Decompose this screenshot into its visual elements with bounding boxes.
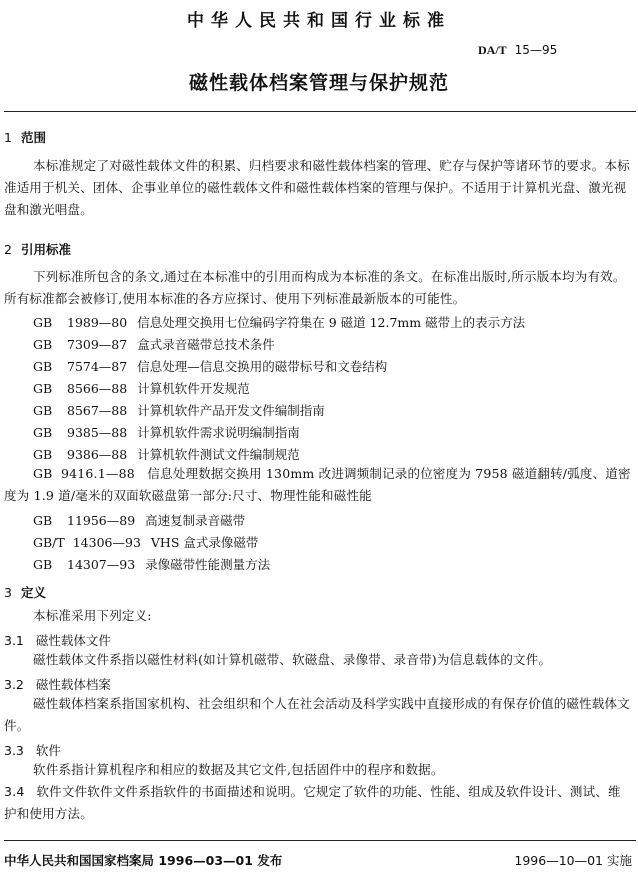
definition-term: 软件 — [36, 743, 61, 758]
definition-term: 磁性载体档案 — [36, 677, 111, 692]
reference-item: GB/T14306—93VHS 盒式录像磁带 — [33, 533, 258, 551]
ref-code: GB — [33, 315, 59, 330]
standard-number: DA/T15—95 — [478, 43, 557, 58]
ref-title: 录像磁带性能测量方法 — [145, 557, 270, 572]
definition-heading-inline: 3.4软件文件软件文件系指软件的书面描述和说明。它规定了软件的功能、性能、组成及… — [4, 781, 632, 825]
definition-term: 软件文件 — [36, 784, 87, 799]
section-title: 定义 — [21, 585, 46, 600]
ref-number: 14307—93 — [67, 557, 135, 572]
definition-text: 磁性载体文件系指以磁性材料(如计算机磁带、软磁盘、录像带、录音带)为信息载体的文… — [4, 649, 632, 671]
section-number: 1 — [4, 130, 12, 145]
ref-code: GB — [33, 447, 59, 462]
ref-title: 高速复制录音磁带 — [145, 513, 245, 528]
ref-number: 9386—88 — [67, 447, 127, 462]
footer-divider — [4, 840, 636, 841]
ref-code: GB/T — [33, 535, 65, 550]
reference-item: GB 9416.1—88 信息处理数据交换用 130mm 改进调频制记录的位密度… — [4, 463, 632, 507]
definition-text: 软件文件系指软件的书面描述和说明。它规定了软件的功能、性能、组成及软件设计、测试… — [4, 784, 621, 821]
ref-code: GB — [33, 337, 59, 352]
section-1-heading: 1范围 — [4, 128, 46, 146]
ref-number: 7309—87 — [67, 337, 127, 352]
definition-number: 3.2 — [4, 677, 24, 692]
ref-code: GB — [33, 557, 59, 572]
standard-code: 15—95 — [515, 43, 558, 57]
ref-title: 计算机软件产品开发文件编制指南 — [137, 403, 325, 418]
ref-code: GB — [33, 466, 53, 481]
definition-number: 3.4 — [4, 784, 24, 799]
definition-heading: 3.2磁性载体档案 — [4, 675, 111, 693]
effective-date: 1996—10—01 实施 — [514, 851, 632, 869]
section-2-heading: 2引用标准 — [4, 240, 71, 258]
ref-title: 计算机软件测试文件编制规范 — [137, 447, 300, 462]
ref-title: 信息处理—信息交换用的磁带标号和文卷结构 — [137, 359, 387, 374]
header-organization: 中华人民共和国行业标准 — [0, 6, 638, 31]
ref-code: GB — [33, 425, 59, 440]
reference-item: GB8567—88计算机软件产品开发文件编制指南 — [33, 401, 325, 419]
section-title: 引用标准 — [21, 242, 71, 257]
ref-title: 信息处理交换用七位编码字符集在 9 磁道 12.7mm 磁带上的表示方法 — [137, 315, 525, 330]
header-divider — [4, 111, 636, 112]
issued-date: 中华人民共和国国家档案局 1996—03—01 发布 — [4, 851, 282, 869]
ref-code: GB — [33, 359, 59, 374]
section-3-heading: 3定义 — [4, 583, 46, 601]
ref-title: 计算机软件开发规范 — [137, 381, 250, 396]
reference-item: GB7309—87盒式录音磁带总技术条件 — [33, 335, 275, 353]
reference-item: GB11956—89高速复制录音磁带 — [33, 511, 245, 529]
section-title: 范围 — [21, 130, 46, 145]
ref-code: GB — [33, 513, 59, 528]
definition-term: 磁性载体文件 — [36, 633, 111, 648]
reference-item: GB7574—87信息处理—信息交换用的磁带标号和文卷结构 — [33, 357, 387, 375]
section-2-paragraph: 下列标准所包含的条文,通过在本标准中的引用而构成为本标准的条文。在标准出版时,所… — [4, 266, 632, 310]
definition-text: 磁性载体档案系指国家机构、社会组织和个人在社会活动及科学实践中直接形成的有保存价… — [4, 693, 632, 737]
reference-item: GB1989—80信息处理交换用七位编码字符集在 9 磁道 12.7mm 磁带上… — [33, 313, 525, 331]
ref-code: GB — [33, 381, 59, 396]
section-number: 3 — [4, 585, 12, 600]
ref-number: 7574—87 — [67, 359, 127, 374]
reference-item: GB8566—88计算机软件开发规范 — [33, 379, 250, 397]
ref-number: 8567—88 — [67, 403, 127, 418]
reference-item: GB9386—88计算机软件测试文件编制规范 — [33, 445, 300, 463]
ref-number: 1989—80 — [67, 315, 127, 330]
section-3-intro: 本标准采用下列定义: — [4, 605, 632, 627]
ref-title: 盒式录音磁带总技术条件 — [137, 337, 275, 352]
ref-number: 11956—89 — [67, 513, 135, 528]
ref-number: 9416.1—88 — [61, 466, 135, 481]
reference-item: GB9385—88计算机软件需求说明编制指南 — [33, 423, 300, 441]
reference-item: GB14307—93录像磁带性能测量方法 — [33, 555, 270, 573]
definition-number: 3.3 — [4, 743, 24, 758]
ref-title: 计算机软件需求说明编制指南 — [137, 425, 300, 440]
ref-number: 8566—88 — [67, 381, 127, 396]
ref-title: VHS 盒式录像磁带 — [151, 535, 258, 550]
definition-heading: 3.1磁性载体文件 — [4, 631, 111, 649]
ref-number: 9385—88 — [67, 425, 127, 440]
document-title: 磁性载体档案管理与保护规范 — [0, 68, 638, 95]
definition-heading: 3.3软件 — [4, 741, 61, 759]
standard-prefix: DA/T — [478, 43, 507, 57]
ref-number: 14306—93 — [73, 535, 141, 550]
section-1-paragraph: 本标准规定了对磁性载体文件的积累、归档要求和磁性载体档案的管理、贮存与保护等诸环… — [4, 155, 632, 221]
ref-code: GB — [33, 403, 59, 418]
definition-text: 软件系指计算机程序和相应的数据及其它文件,包括固件中的程序和数据。 — [4, 759, 632, 781]
definition-number: 3.1 — [4, 633, 24, 648]
section-number: 2 — [4, 242, 12, 257]
